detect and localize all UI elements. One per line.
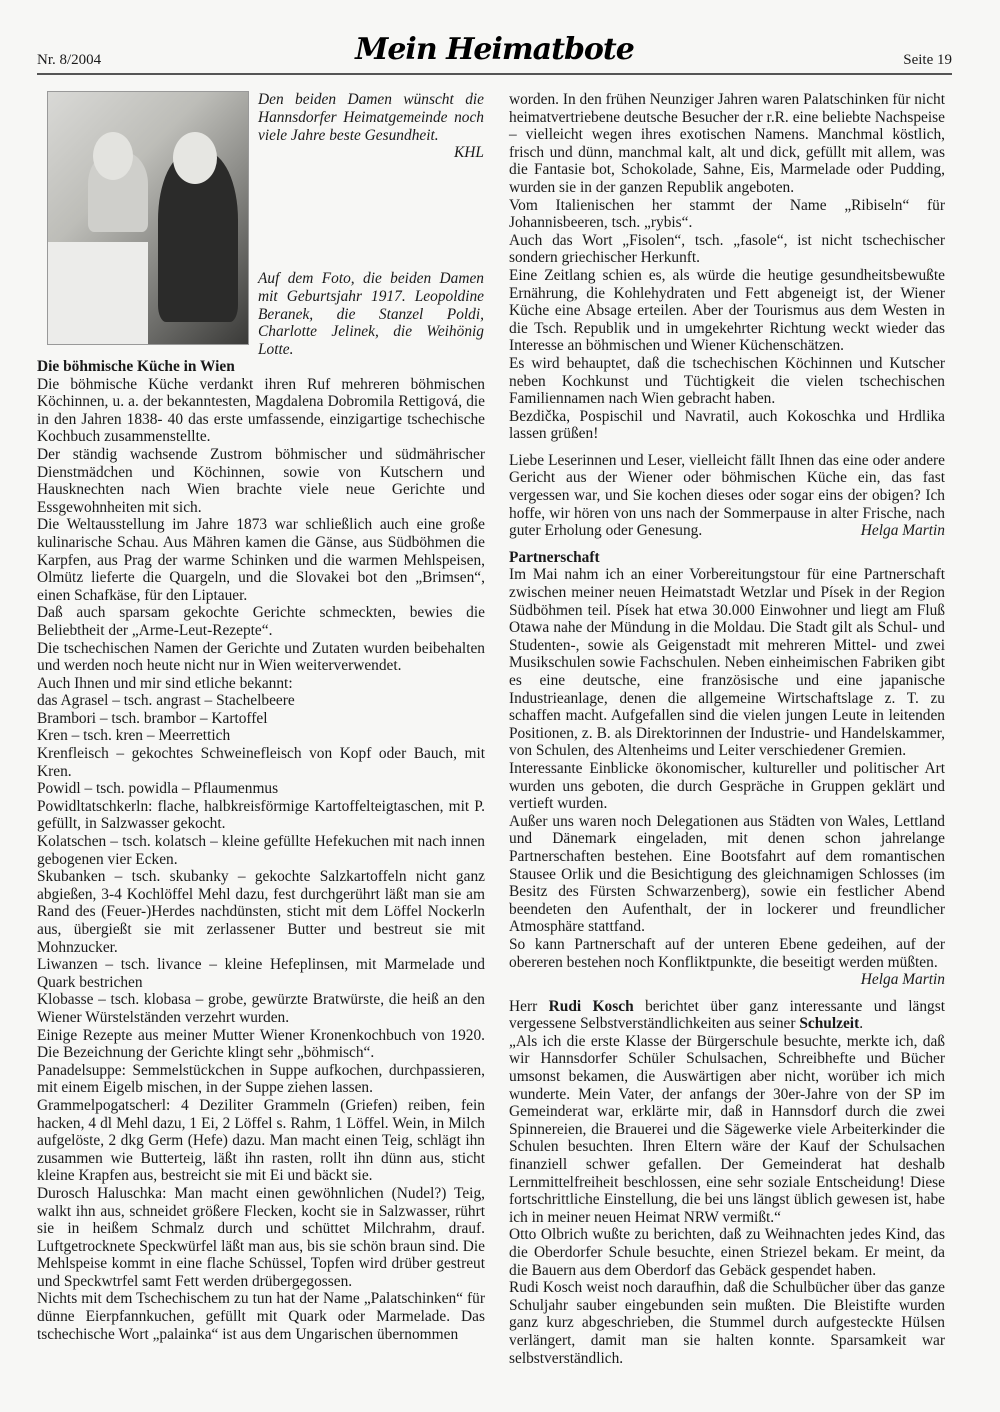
- paragraph: Im Mai nahm ich an einer Vorbereitungsto…: [509, 566, 945, 760]
- paragraph: Auch das Wort „Fisolen“, tsch. „fasole“,…: [509, 232, 945, 267]
- paragraph: Die tschechischen Namen der Gerichte und…: [37, 640, 485, 675]
- glossary-item: das Agrasel – tsch. angrast – Stachelbee…: [37, 692, 485, 710]
- glossary-item: Kolatschen – tsch. kolatsch – kleine gef…: [37, 833, 485, 868]
- topic-name: Schulzeit: [799, 1015, 859, 1032]
- paragraph: Auch Ihnen und mir sind etliche bekannt:: [37, 675, 485, 693]
- schulzeit-intro: Herr Rudi Kosch berichtet über ganz inte…: [509, 998, 945, 1033]
- paragraph: Nichts mit dem Tschechischem zu tun hat …: [37, 1290, 485, 1343]
- photo-caption-text: Auf dem Foto, die beiden Damen mit Gebur…: [258, 270, 484, 359]
- paragraph: „Als ich die erste Klasse der Bürgerschu…: [509, 1033, 945, 1227]
- article-author: Helga Martin: [861, 522, 945, 540]
- paragraph: Einige Rezepte aus meiner Mutter Wiener …: [37, 1027, 485, 1062]
- paragraph: Die böhmische Küche verdankt ihren Ruf m…: [37, 376, 485, 446]
- wish-caption: Den beiden Damen wünscht die Hannsdorfer…: [258, 91, 484, 162]
- person-name: Rudi Kosch: [549, 998, 634, 1015]
- header-rule: [37, 73, 952, 75]
- intro-text: Herr: [509, 998, 549, 1015]
- recipe: Panadelsuppe: Semmelstückchen in Suppe a…: [37, 1062, 485, 1097]
- glossary-item: Krenfleisch – gekochtes Schweinefleisch …: [37, 745, 485, 780]
- photo-head-left: [93, 132, 133, 180]
- recipe: Durosch Haluschka: Man macht einen gewöh…: [37, 1185, 485, 1291]
- paragraph: Bezdička, Pospischil und Navratil, auch …: [509, 408, 945, 443]
- paragraph: Außer uns waren noch Delegationen aus St…: [509, 813, 945, 936]
- glossary-item: Klobasse – tsch. klobasa – grobe, gewürz…: [37, 991, 485, 1026]
- wish-text: Den beiden Damen wünscht die Hannsdorfer…: [258, 91, 484, 144]
- recipe: Grammelpogatscherl: 4 Deziliter Grammeln…: [37, 1097, 485, 1185]
- page-header: Nr. 8/2004 Mein Heimatbote Seite 19: [37, 30, 952, 70]
- glossary-item: Powidl – tsch. powidla – Pflaumenmus: [37, 780, 485, 798]
- glossary-item: Kren – tsch. kren – Meerrettich: [37, 727, 485, 745]
- paragraph: Vom Italienischen her stammt der Name „R…: [509, 197, 945, 232]
- paragraph: worden. In den frühen Neunziger Jahren w…: [509, 91, 945, 197]
- page-number: Seite 19: [903, 52, 952, 69]
- photo-table: [48, 242, 148, 344]
- paragraph: Rudi Kosch weist noch daraufhin, daß die…: [509, 1279, 945, 1367]
- closing-paragraph: Liebe Leserinnen und Leser, vielleicht f…: [509, 452, 945, 540]
- glossary-item: Skubanken – tsch. skubanky – gekochte Sa…: [37, 868, 485, 956]
- paragraph: Es wird behauptet, daß die tschechischen…: [509, 355, 945, 408]
- paragraph: Die Weltausstellung im Jahre 1873 war sc…: [37, 516, 485, 604]
- article-title-kitchen: Die böhmische Küche in Wien: [37, 358, 485, 376]
- left-column: Die böhmische Küche in Wien Die böhmisch…: [37, 358, 485, 1343]
- photo-caption: Auf dem Foto, die beiden Damen mit Gebur…: [258, 270, 484, 359]
- paragraph: Daß auch sparsam gekochte Gerichte schme…: [37, 604, 485, 639]
- glossary-item: Liwanzen – tsch. livance – kleine Hefepl…: [37, 956, 485, 991]
- glossary-item: Brambori – tsch. brambor – Kartoffel: [37, 710, 485, 728]
- right-column: worden. In den frühen Neunziger Jahren w…: [509, 91, 945, 1367]
- issue-number: Nr. 8/2004: [37, 52, 101, 69]
- intro-text: .: [859, 1015, 863, 1032]
- photo-two-ladies: [47, 91, 249, 345]
- photo-head-right: [173, 132, 217, 184]
- paragraph: Eine Zeitlang schien es, als würde die h…: [509, 267, 945, 355]
- paragraph: So kann Partnerschaft auf der unteren Eb…: [509, 936, 945, 971]
- masthead-logo: Mein Heimatbote: [355, 32, 634, 67]
- wish-author: KHL: [258, 144, 484, 162]
- article-title-partnership: Partnerschaft: [509, 549, 945, 567]
- paragraph: Otto Olbrich wußte zu berichten, daß zu …: [509, 1226, 945, 1279]
- glossary-item: Powidltatschkerln: flache, halbkreisförm…: [37, 798, 485, 833]
- paragraph: Der ständig wachsende Zustrom böhmischer…: [37, 446, 485, 516]
- article-author: Helga Martin: [509, 971, 945, 989]
- paragraph: Interessante Einblicke ökonomischer, kul…: [509, 760, 945, 813]
